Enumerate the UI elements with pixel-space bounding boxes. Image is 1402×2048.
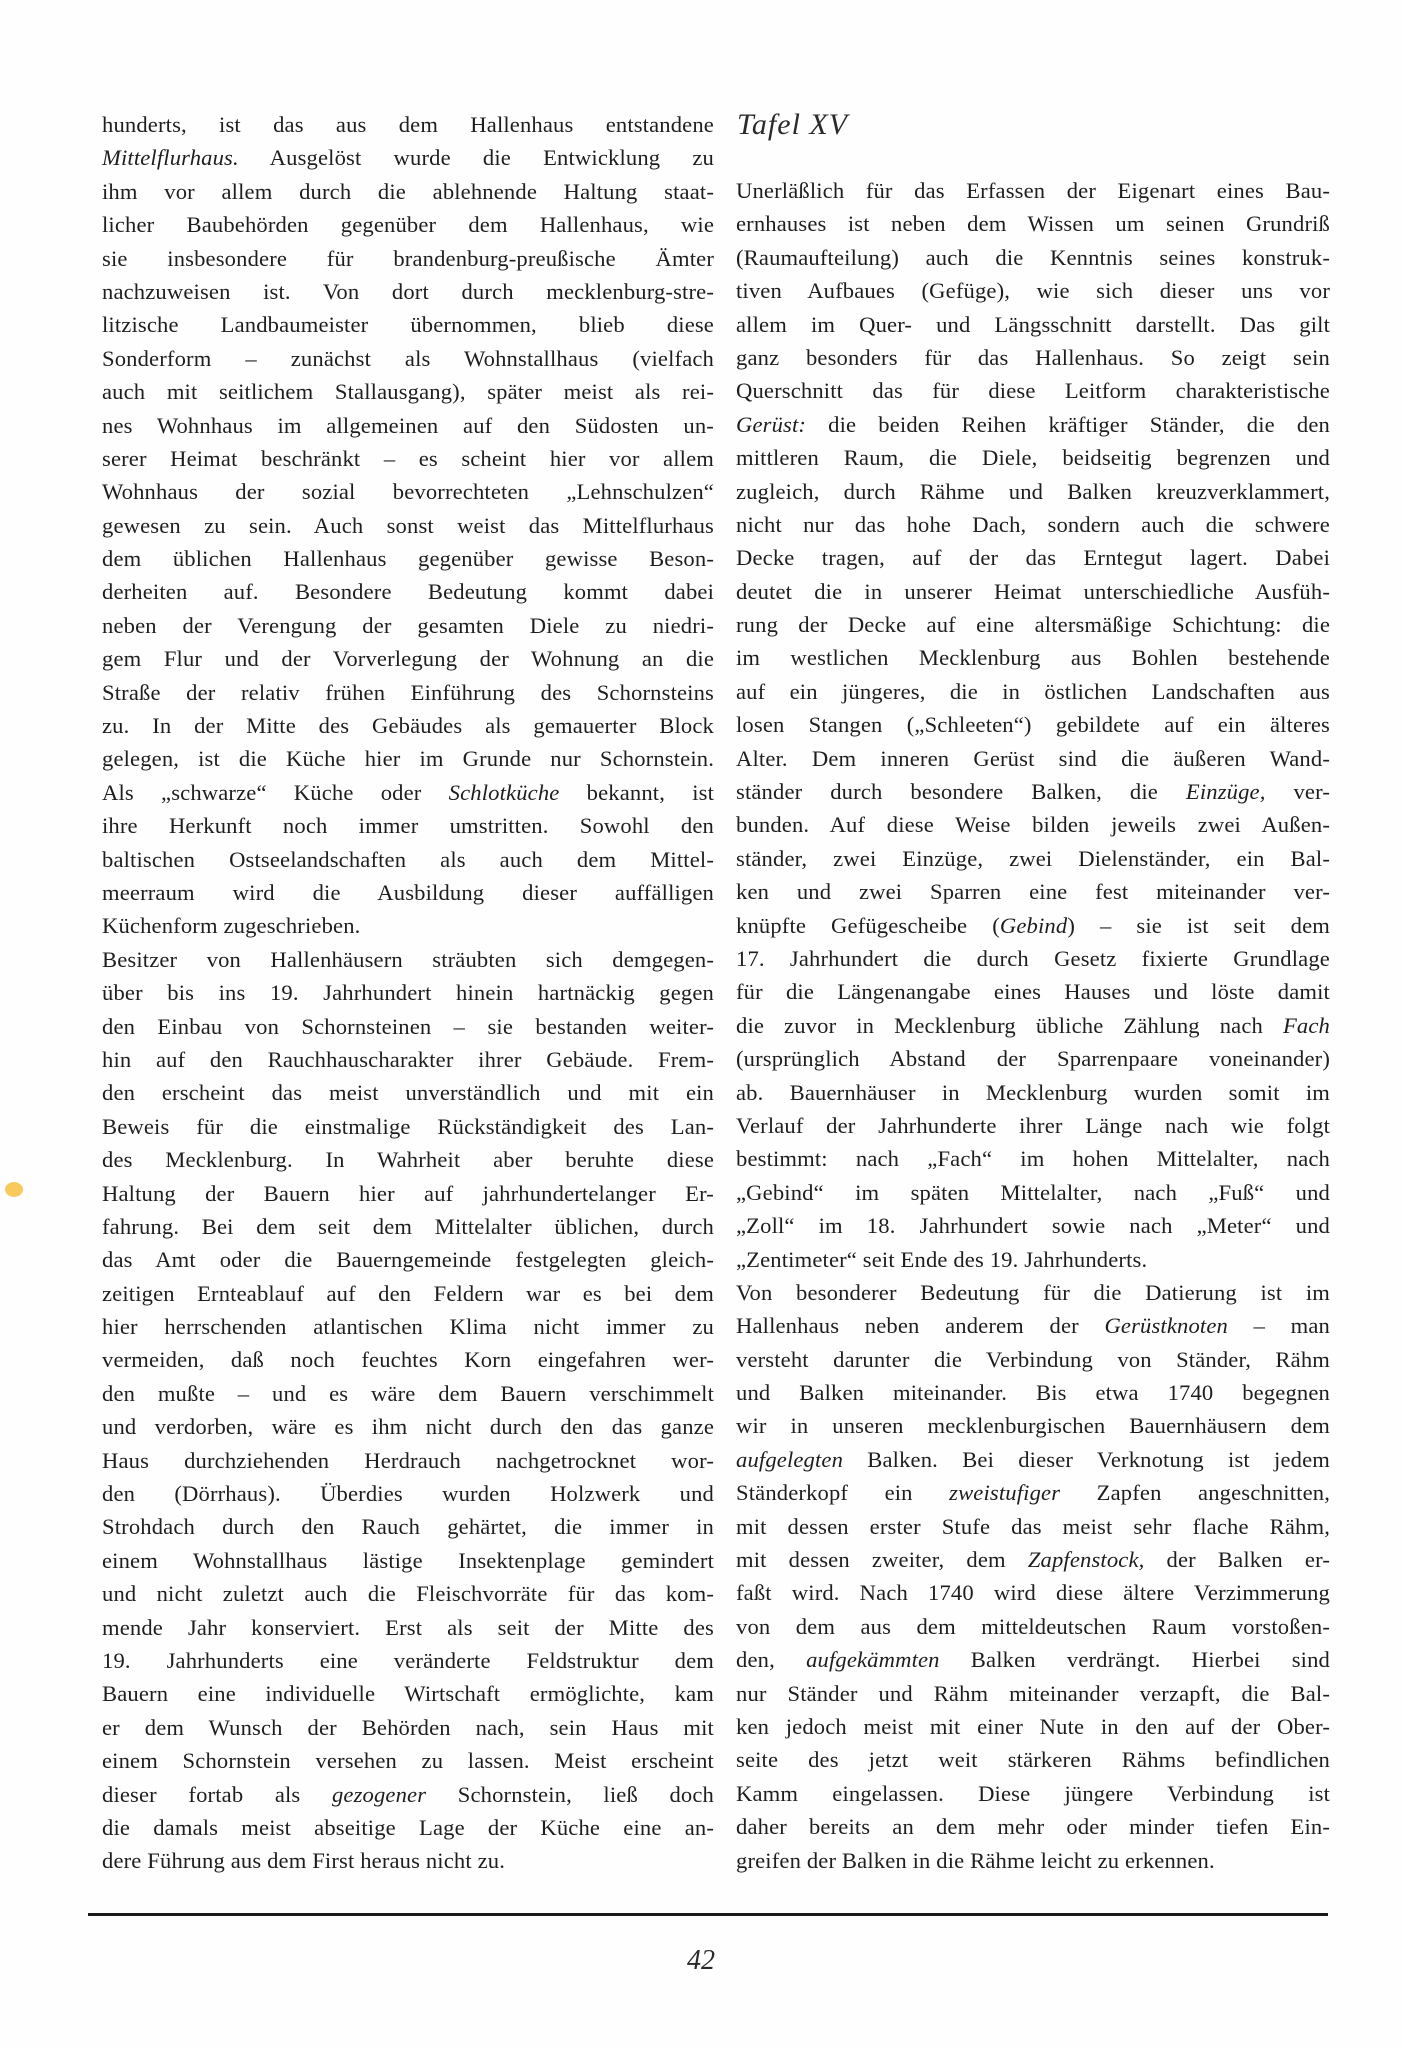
text-line: nachzuweisen ist. Von dort durch mecklen… (102, 275, 714, 308)
text-segment: Decke tragen, auf der das Erntegut lager… (736, 545, 1330, 570)
text-line: Wohnhaus der sozial bevorrechteten „Lehn… (102, 475, 714, 508)
text-segment: „Zoll“ im 18. Jahrhundert sowie nach „Me… (736, 1213, 1330, 1238)
text-segment: einem Wohnstallhaus lästige Insektenplag… (102, 1548, 714, 1573)
text-line: Als „schwarze“ Küche oder Schlotküche be… (102, 776, 714, 809)
text-segment: 19. Jahrhunderts eine veränderte Feldstr… (102, 1648, 714, 1673)
text-line: gewesen zu sein. Auch sonst weist das Mi… (102, 509, 714, 542)
text-segment: mittleren Raum, die Diele, beidseitig be… (736, 445, 1330, 470)
text-line: hin auf den Rauchhauscharakter ihrer Geb… (102, 1043, 714, 1076)
text-line: derheiten auf. Besondere Bedeutung kommt… (102, 575, 714, 608)
text-segment: die zuvor in Mecklenburg übliche Zählung… (736, 1013, 1283, 1038)
text-line: Haus durchziehenden Herdrauch nachgetroc… (102, 1444, 714, 1477)
text-line: nes Wohnhaus im allgemeinen auf den Südo… (102, 409, 714, 442)
text-segment: mende Jahr konserviert. Erst als seit de… (102, 1615, 714, 1640)
text-line: ken und zwei Sparren eine fest miteinand… (736, 875, 1330, 908)
text-line: (ursprünglich Abstand der Sparrenpaare v… (736, 1042, 1330, 1075)
text-segment: den, (736, 1647, 806, 1672)
text-line: den erscheint das meist unverständlich u… (102, 1076, 714, 1109)
text-segment: zeitigen Ernteablauf auf den Feldern war… (102, 1281, 714, 1306)
text-segment: des Mecklenburg. In Wahrheit aber beruht… (102, 1147, 714, 1172)
text-line: den, aufgekämmten Balken verdrängt. Hier… (736, 1643, 1330, 1676)
text-segment: faßt wird. Nach 1740 wird diese ältere V… (736, 1580, 1330, 1605)
text-line: ernhauses ist neben dem Wissen um seinen… (736, 207, 1330, 240)
text-segment: die beiden Reihen kräftiger Ständer, die… (806, 412, 1330, 437)
text-line: über bis ins 19. Jahrhundert hinein hart… (102, 976, 714, 1009)
text-line: 17. Jahrhundert die durch Gesetz fixiert… (736, 942, 1330, 975)
text-segment: und Balken miteinander. Bis etwa 1740 be… (736, 1380, 1330, 1405)
text-segment: Zapfen angeschnitten, (1060, 1480, 1330, 1505)
text-segment: baltischen Ostseelandschaften als auch d… (102, 847, 714, 872)
text-segment: (ursprünglich Abstand der Sparrenpaare v… (736, 1046, 1330, 1071)
text-line: mit dessen erster Stufe das meist sehr f… (736, 1510, 1330, 1543)
text-line: Küchenform zugeschrieben. (102, 909, 714, 942)
text-segment: dem üblichen Hallenhaus gegenüber gewiss… (102, 546, 714, 571)
text-segment: Ständerkopf ein (736, 1480, 949, 1505)
text-line: Von besonderer Bedeutung für die Datieru… (736, 1276, 1330, 1309)
text-line: Alter. Dem inneren Gerüst sind die äußer… (736, 742, 1330, 775)
text-line: fahrung. Bei dem seit dem Mittelalter üb… (102, 1210, 714, 1243)
text-segment: über bis ins 19. Jahrhundert hinein hart… (102, 980, 714, 1005)
text-segment: den mußte – und es wäre dem Bauern versc… (102, 1381, 714, 1406)
text-line: Besitzer von Hallenhäusern sträubten sic… (102, 943, 714, 976)
text-line: ihm vor allem durch die ablehnende Haltu… (102, 175, 714, 208)
text-segment: ver- (1266, 779, 1330, 804)
text-segment: ) – sie ist seit dem (1067, 913, 1330, 938)
text-segment: Von besonderer Bedeutung für die Datieru… (736, 1280, 1330, 1305)
text-line: ständer, zwei Einzüge, zwei Dielenstände… (736, 842, 1330, 875)
text-segment: dere Führung aus dem First heraus nicht … (102, 1848, 505, 1873)
text-segment: greifen der Balken in die Rähme leicht z… (736, 1848, 1215, 1873)
text-segment: 17. Jahrhundert die durch Gesetz fixiert… (736, 946, 1330, 971)
text-line: mittleren Raum, die Diele, beidseitig be… (736, 441, 1330, 474)
text-line: licher Baubehörden gegenüber dem Hallenh… (102, 208, 714, 241)
text-segment: den (Dörrhaus). Überdies wurden Holzwerk… (102, 1481, 714, 1506)
text-segment: allem im Quer- und Längsschnitt darstell… (736, 312, 1330, 337)
text-segment: Besitzer von Hallenhäusern sträubten sic… (102, 947, 714, 972)
text-line: knüpfte Gefügescheibe (Gebind) – sie ist… (736, 909, 1330, 942)
text-line: Straße der relativ frühen Einführung des… (102, 676, 714, 709)
text-line: hunderts, ist das aus dem Hallenhaus ent… (102, 108, 714, 141)
text-line: vermeiden, daß noch feuchtes Korn eingef… (102, 1343, 714, 1376)
text-line: Gerüst: die beiden Reihen kräftiger Stän… (736, 408, 1330, 441)
text-segment: Balken. Bei dieser Verknotung ist jedem (843, 1447, 1330, 1472)
text-segment: Alter. Dem inneren Gerüst sind die äußer… (736, 746, 1330, 771)
text-segment: von dem aus dem mitteldeutschen Raum vor… (736, 1614, 1330, 1639)
text-segment: Kamm eingelassen. Diese jüngere Verbindu… (736, 1781, 1330, 1806)
text-line: seite des jetzt weit stärkeren Rähms bef… (736, 1743, 1330, 1776)
text-line: und nicht zuletzt auch die Fleischvorrät… (102, 1577, 714, 1610)
footer-rule (88, 1913, 1328, 1916)
text-segment: gem Flur und der Vorverlegung der Wohnun… (102, 646, 714, 671)
text-segment: mit dessen zweiter, dem (736, 1547, 1028, 1572)
text-segment: Küchenform zugeschrieben. (102, 913, 360, 938)
italic-term: aufgelegten (736, 1447, 843, 1472)
text-segment: ihm vor allem durch die ablehnende Haltu… (102, 179, 714, 204)
text-line: Sonderform – zunächst als Wohnstallhaus … (102, 342, 714, 375)
text-segment: ständer durch besondere Balken, die (736, 779, 1186, 804)
plate-heading: Tafel XV (737, 108, 848, 142)
text-line: deutet die in unserer Heimat unterschied… (736, 575, 1330, 608)
italic-term: Einzüge, (1186, 779, 1266, 804)
text-line: das Amt oder die Bauerngemeinde festgele… (102, 1243, 714, 1276)
text-segment: deutet die in unserer Heimat unterschied… (736, 579, 1330, 604)
text-line: „Gebind“ im späten Mittelalter, nach „Fu… (736, 1176, 1330, 1209)
text-line: aufgelegten Balken. Bei dieser Verknotun… (736, 1443, 1330, 1476)
text-segment: ganz besonders für das Hallenhaus. So ze… (736, 345, 1330, 370)
text-segment: Bauern eine individuelle Wirtschaft ermö… (102, 1681, 714, 1706)
text-line: ken jedoch meist mit einer Nute in den a… (736, 1710, 1330, 1743)
text-segment: nes Wohnhaus im allgemeinen auf den Südo… (102, 413, 714, 438)
italic-term: Mittelflurhaus. (102, 145, 239, 170)
italic-term: aufgekämmten (806, 1647, 940, 1672)
text-line: versteht darunter die Verbindung von Stä… (736, 1343, 1330, 1376)
text-line: den (Dörrhaus). Überdies wurden Holzwerk… (102, 1477, 714, 1510)
text-line: einem Wohnstallhaus lästige Insektenplag… (102, 1544, 714, 1577)
text-segment: bunden. Auf diese Weise bilden jeweils z… (736, 812, 1330, 837)
left-text-column: hunderts, ist das aus dem Hallenhaus ent… (102, 108, 714, 1878)
text-line: tiven Aufbaues (Gefüge), wie sich dieser… (736, 274, 1330, 307)
text-line: Ständerkopf ein zweistufiger Zapfen ange… (736, 1476, 1330, 1509)
text-line: Querschnitt das für diese Leitform chara… (736, 374, 1330, 407)
text-line: von dem aus dem mitteldeutschen Raum vor… (736, 1610, 1330, 1643)
text-segment: daher bereits an dem mehr oder minder ti… (736, 1814, 1330, 1839)
text-segment: fahrung. Bei dem seit dem Mittelalter üb… (102, 1214, 714, 1239)
text-line: ständer durch besondere Balken, die Einz… (736, 775, 1330, 808)
text-segment: Ausgelöst wurde die Entwicklung zu (239, 145, 714, 170)
text-segment: Querschnitt das für diese Leitform chara… (736, 378, 1330, 403)
text-line: dere Führung aus dem First heraus nicht … (102, 1844, 714, 1877)
text-line: Bauern eine individuelle Wirtschaft ermö… (102, 1677, 714, 1710)
text-segment: seite des jetzt weit stärkeren Rähms bef… (736, 1747, 1330, 1772)
italic-term: Gerüst: (736, 412, 806, 437)
text-segment: nur Ständer und Rähm miteinander verzapf… (736, 1681, 1330, 1706)
text-line: allem im Quer- und Längsschnitt darstell… (736, 308, 1330, 341)
text-line: litzische Landbaumeister übernommen, bli… (102, 308, 714, 341)
text-line: bunden. Auf diese Weise bilden jeweils z… (736, 808, 1330, 841)
text-line: nur Ständer und Rähm miteinander verzapf… (736, 1677, 1330, 1710)
text-segment: bekannt, ist (559, 780, 714, 805)
text-segment: Hallenhaus neben anderem der (736, 1313, 1104, 1338)
text-line: Kamm eingelassen. Diese jüngere Verbindu… (736, 1777, 1330, 1810)
right-text-column: Unerläßlich für das Erfassen der Eigenar… (736, 174, 1330, 1877)
text-line: dem üblichen Hallenhaus gegenüber gewiss… (102, 542, 714, 575)
italic-term: gezogener (332, 1782, 426, 1807)
text-segment: gewesen zu sein. Auch sonst weist das Mi… (102, 513, 714, 538)
text-segment: ab. Bauernhäuser in Mecklenburg wurden s… (736, 1080, 1330, 1105)
text-segment: Unerläßlich für das Erfassen der Eigenar… (736, 178, 1330, 203)
text-segment: derheiten auf. Besondere Bedeutung kommt… (102, 579, 714, 604)
text-segment: auch mit seitlichem Stallausgang), späte… (102, 379, 714, 404)
text-segment: nicht nur das hohe Dach, sondern auch di… (736, 512, 1330, 537)
text-segment: den Einbau von Schornsteinen – sie besta… (102, 1014, 714, 1039)
page-number: 42 (0, 1945, 1402, 1977)
text-segment: das Amt oder die Bauerngemeinde festgele… (102, 1247, 714, 1272)
text-segment: „Zentimeter“ seit Ende des 19. Jahrhunde… (736, 1247, 1147, 1272)
text-segment: zu. In der Mitte des Gebäudes als gemaue… (102, 713, 714, 738)
text-segment: Wohnhaus der sozial bevorrechteten „Lehn… (102, 479, 714, 504)
text-line: (Raumaufteilung) auch die Kenntnis seine… (736, 241, 1330, 274)
text-segment: Beweis für die einstmalige Rückständigke… (102, 1114, 714, 1139)
text-line: den mußte – und es wäre dem Bauern versc… (102, 1377, 714, 1410)
text-segment: hier herrschenden atlantischen Klima nic… (102, 1314, 714, 1339)
text-segment: ihre Herkunft noch immer umstritten. Sow… (102, 813, 714, 838)
text-segment: Straße der relativ frühen Einführung des… (102, 680, 714, 705)
text-line: dieser fortab als gezogener Schornstein,… (102, 1778, 714, 1811)
text-segment: – man (1228, 1313, 1330, 1338)
text-segment: tiven Aufbaues (Gefüge), wie sich dieser… (736, 278, 1330, 303)
text-segment: versteht darunter die Verbindung von Stä… (736, 1347, 1330, 1372)
text-line: gelegen, ist die Küche hier im Grunde nu… (102, 742, 714, 775)
text-segment: und verdorben, wäre es ihm nicht durch d… (102, 1414, 714, 1439)
italic-term: Schlotküche (449, 780, 560, 805)
text-segment: Verlauf der Jahrhunderte ihrer Länge nac… (736, 1113, 1330, 1138)
text-line: zeitigen Ernteablauf auf den Feldern war… (102, 1277, 714, 1310)
text-line: serer Heimat beschränkt – es scheint hie… (102, 442, 714, 475)
text-line: bestimmt: nach „Fach“ im hohen Mittelalt… (736, 1142, 1330, 1175)
text-segment: ständer, zwei Einzüge, zwei Dielenstände… (736, 846, 1330, 871)
text-line: auf ein jüngeres, die in östlichen Lands… (736, 675, 1330, 708)
text-line: Verlauf der Jahrhunderte ihrer Länge nac… (736, 1109, 1330, 1142)
text-line: einem Schornstein versehen zu lassen. Me… (102, 1744, 714, 1777)
text-line: greifen der Balken in die Rähme leicht z… (736, 1844, 1330, 1877)
text-segment: mit dessen erster Stufe das meist sehr f… (736, 1514, 1330, 1539)
text-line: für die Längenangabe eines Hauses und lö… (736, 975, 1330, 1008)
text-segment: die damals meist abseitige Lage der Küch… (102, 1815, 714, 1840)
text-segment: rung der Decke auf eine altersmäßige Sch… (736, 612, 1330, 637)
text-line: rung der Decke auf eine altersmäßige Sch… (736, 608, 1330, 641)
text-segment: und nicht zuletzt auch die Fleischvorrät… (102, 1581, 714, 1606)
text-line: 19. Jahrhunderts eine veränderte Feldstr… (102, 1644, 714, 1677)
text-line: Unerläßlich für das Erfassen der Eigenar… (736, 174, 1330, 207)
text-line: meerraum wird die Ausbildung dieser auff… (102, 876, 714, 909)
text-line: ab. Bauernhäuser in Mecklenburg wurden s… (736, 1076, 1330, 1109)
text-segment: losen Stangen („Schleeten“) gebildete au… (736, 712, 1330, 737)
text-line: mit dessen zweiter, dem Zapfenstock, der… (736, 1543, 1330, 1576)
text-line: faßt wird. Nach 1740 wird diese ältere V… (736, 1576, 1330, 1609)
text-segment: Schornstein, ließ doch (426, 1782, 714, 1807)
text-segment: auf ein jüngeres, die in östlichen Lands… (736, 679, 1330, 704)
text-segment: der Balken er- (1144, 1547, 1330, 1572)
text-line: die zuvor in Mecklenburg übliche Zählung… (736, 1009, 1330, 1042)
text-line: des Mecklenburg. In Wahrheit aber beruht… (102, 1143, 714, 1176)
text-segment: den erscheint das meist unverständlich u… (102, 1080, 714, 1105)
text-segment: er dem Wunsch der Behörden nach, sein Ha… (102, 1715, 714, 1740)
text-segment: gelegen, ist die Küche hier im Grunde nu… (102, 746, 714, 771)
text-segment: Als „schwarze“ Küche oder (102, 780, 449, 805)
text-line: die damals meist abseitige Lage der Küch… (102, 1811, 714, 1844)
text-segment: hin auf den Rauchhauscharakter ihrer Geb… (102, 1047, 714, 1072)
text-segment: serer Heimat beschränkt – es scheint hie… (102, 446, 714, 471)
text-line: nicht nur das hohe Dach, sondern auch di… (736, 508, 1330, 541)
text-line: „Zentimeter“ seit Ende des 19. Jahrhunde… (736, 1243, 1330, 1276)
text-line: sie insbesondere für brandenburg-preußis… (102, 242, 714, 275)
text-segment: bestimmt: nach „Fach“ im hohen Mittelalt… (736, 1146, 1330, 1171)
text-line: Beweis für die einstmalige Rückständigke… (102, 1110, 714, 1143)
text-line: „Zoll“ im 18. Jahrhundert sowie nach „Me… (736, 1209, 1330, 1242)
text-segment: Haltung der Bauern hier auf jahrhunderte… (102, 1181, 714, 1206)
text-line: losen Stangen („Schleeten“) gebildete au… (736, 708, 1330, 741)
italic-term: Gerüstknoten (1104, 1313, 1228, 1338)
text-segment: sie insbesondere für brandenburg-preußis… (102, 246, 714, 271)
text-line: Decke tragen, auf der das Erntegut lager… (736, 541, 1330, 574)
text-segment: einem Schornstein versehen zu lassen. Me… (102, 1748, 714, 1773)
text-segment: (Raumaufteilung) auch die Kenntnis seine… (736, 245, 1330, 270)
text-line: Haltung der Bauern hier auf jahrhunderte… (102, 1177, 714, 1210)
text-segment: meerraum wird die Ausbildung dieser auff… (102, 880, 714, 905)
text-segment: ken jedoch meist mit einer Nute in den a… (736, 1714, 1330, 1739)
text-line: zu. In der Mitte des Gebäudes als gemaue… (102, 709, 714, 742)
text-line: auch mit seitlichem Stallausgang), späte… (102, 375, 714, 408)
text-line: wir in unseren mecklenburgischen Bauernh… (736, 1409, 1330, 1442)
text-line: hier herrschenden atlantischen Klima nic… (102, 1310, 714, 1343)
text-line: Hallenhaus neben anderem der Gerüstknote… (736, 1309, 1330, 1342)
text-segment: wir in unseren mecklenburgischen Bauernh… (736, 1413, 1330, 1438)
text-segment: ernhauses ist neben dem Wissen um seinen… (736, 211, 1330, 236)
text-segment: licher Baubehörden gegenüber dem Hallenh… (102, 212, 714, 237)
text-segment: für die Längenangabe eines Hauses und lö… (736, 979, 1330, 1004)
text-line: ganz besonders für das Hallenhaus. So ze… (736, 341, 1330, 374)
text-line: neben der Verengung der gesamten Diele z… (102, 609, 714, 642)
text-segment: Haus durchziehenden Herdrauch nachgetroc… (102, 1448, 714, 1473)
text-segment: dieser fortab als (102, 1782, 332, 1807)
text-segment: nachzuweisen ist. Von dort durch mecklen… (102, 279, 714, 304)
text-segment: im westlichen Mecklenburg aus Bohlen bes… (736, 645, 1330, 670)
text-segment: hunderts, ist das aus dem Hallenhaus ent… (102, 112, 714, 137)
text-line: daher bereits an dem mehr oder minder ti… (736, 1810, 1330, 1843)
text-segment: Balken verdrängt. Hierbei sind (940, 1647, 1330, 1672)
text-segment: neben der Verengung der gesamten Diele z… (102, 613, 714, 638)
italic-term: Gebind (1000, 913, 1067, 938)
text-line: mende Jahr konserviert. Erst als seit de… (102, 1611, 714, 1644)
text-line: er dem Wunsch der Behörden nach, sein Ha… (102, 1711, 714, 1744)
text-line: Strohdach durch den Rauch gehärtet, die … (102, 1510, 714, 1543)
text-line: ihre Herkunft noch immer umstritten. Sow… (102, 809, 714, 842)
text-line: Mittelflurhaus. Ausgelöst wurde die Entw… (102, 141, 714, 174)
text-segment: litzische Landbaumeister übernommen, bli… (102, 312, 714, 337)
text-segment: Sonderform – zunächst als Wohnstallhaus … (102, 346, 714, 371)
text-segment: „Gebind“ im späten Mittelalter, nach „Fu… (736, 1180, 1330, 1205)
text-line: im westlichen Mecklenburg aus Bohlen bes… (736, 641, 1330, 674)
text-line: den Einbau von Schornsteinen – sie besta… (102, 1010, 714, 1043)
text-segment: vermeiden, daß noch feuchtes Korn eingef… (102, 1347, 714, 1372)
text-segment: Strohdach durch den Rauch gehärtet, die … (102, 1514, 714, 1539)
text-line: und verdorben, wäre es ihm nicht durch d… (102, 1410, 714, 1443)
text-line: zugleich, durch Rähme und Balken kreuzve… (736, 475, 1330, 508)
text-segment: ken und zwei Sparren eine fest miteinand… (736, 879, 1330, 904)
italic-term: Fach (1283, 1013, 1330, 1038)
text-segment: knüpfte Gefügescheibe ( (736, 913, 1000, 938)
text-segment: zugleich, durch Rähme und Balken kreuzve… (736, 479, 1330, 504)
margin-mark (5, 1182, 23, 1197)
italic-term: zweistufiger (949, 1480, 1060, 1505)
text-line: baltischen Ostseelandschaften als auch d… (102, 843, 714, 876)
book-page: hunderts, ist das aus dem Hallenhaus ent… (0, 0, 1402, 2048)
italic-term: Zapfenstock, (1028, 1547, 1145, 1572)
text-line: gem Flur und der Vorverlegung der Wohnun… (102, 642, 714, 675)
text-line: und Balken miteinander. Bis etwa 1740 be… (736, 1376, 1330, 1409)
